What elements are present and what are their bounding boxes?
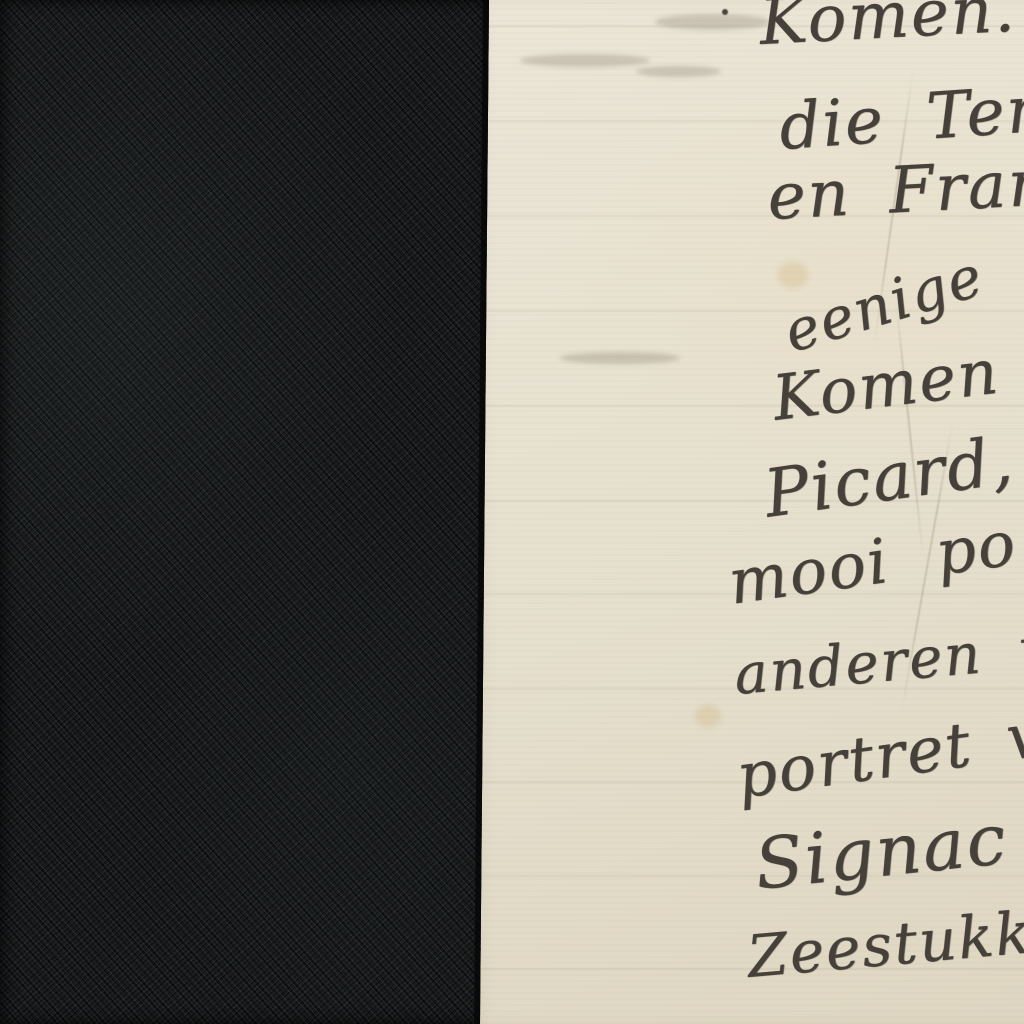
- handwriting-line-1: Komen.: [758, 0, 1018, 55]
- handwriting-line-9: portret va: [733, 698, 1024, 808]
- book-cover-fabric: [0, 0, 500, 1024]
- handwriting-line-11: Zeestukke: [745, 900, 1024, 986]
- handwriting-line-8: anderen v: [732, 620, 1024, 704]
- handwriting-line-10: Signac: [752, 804, 1011, 900]
- letter-photograph: Komen.die Tenten FraneenigeKomen wPicard…: [0, 0, 1024, 1024]
- handwriting-line-2: die Tent: [777, 75, 1024, 160]
- handwriting-line-3: en Fran: [766, 151, 1024, 230]
